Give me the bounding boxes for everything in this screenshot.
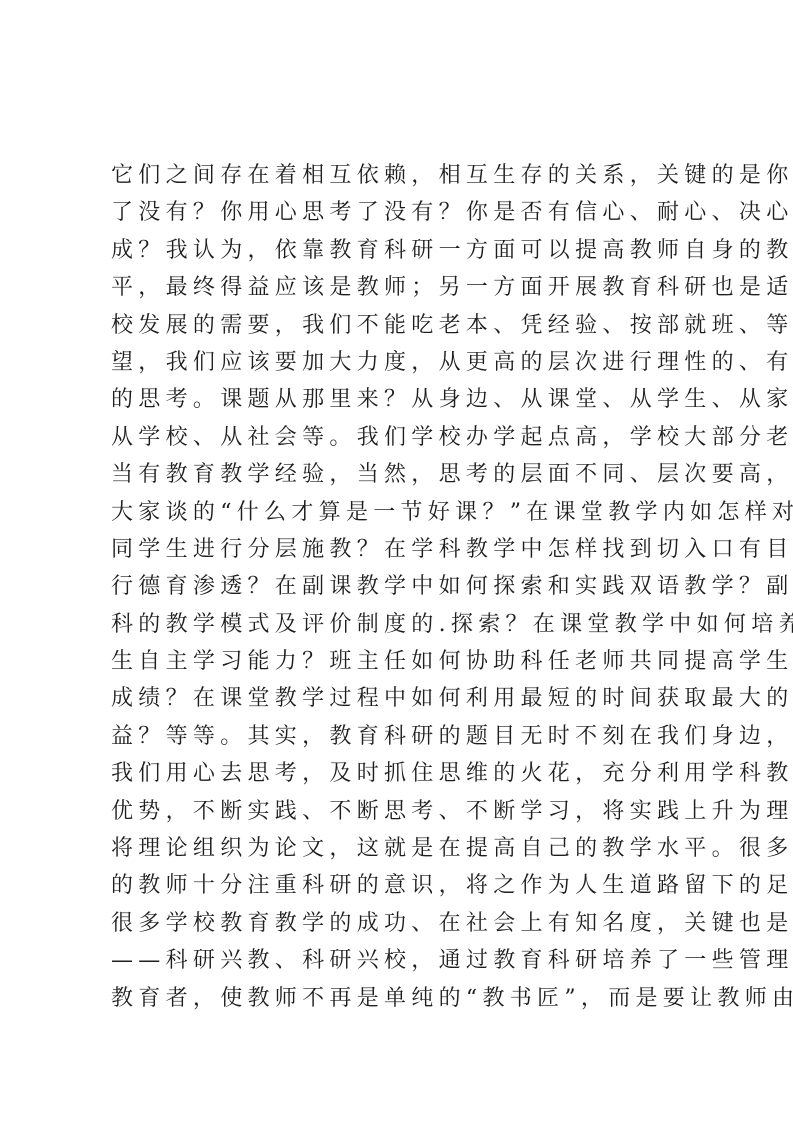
text-line: 校发展的需要，我们不能吃老本、凭经验、按部就班、等待观 [111,307,701,344]
text-line: 成？我认为，依靠教育科研一方面可以提高教师自身的教学水 [111,232,701,269]
text-line: 平，最终得益应该是教师；另一方面开展教育科研也是适合学 [111,269,701,306]
text-line: 同学生进行分层施教？在学科教学中怎样找到切入口有目的进 [111,531,701,568]
text-line: 优势，不断实践、不断思考、不断学习，将实践上升为理论， [111,793,701,830]
text-line: 望，我们应该要加大力度，从更高的层次进行理性的、有智慧 [111,344,701,381]
document-page: 它们之间存在着相互依赖，相互生存的关系，关键的是你发现 了没有？你用心思考了没有… [0,0,793,1122]
text-line: 大家谈的“什么才算是一节好课？”在课堂教学内如怎样对不 [111,494,701,531]
text-line: 的教师十分注重科研的意识，将之作为人生道路留下的足迹。 [111,867,701,904]
text-line: 的思考。课题从那里来？从身边、从课堂、从学生、从家长、 [111,381,701,418]
text-line: 益？等等。其实，教育科研的题目无时不刻在我们身边，只要 [111,718,701,755]
text-line: 科的教学模式及评价制度的.探索？在课堂教学中如何培养学 [111,606,701,643]
text-line: 很多学校教育教学的成功、在社会上有知名度，关键也是在于 [111,905,701,942]
text-line: 行德育渗透？在副课教学中如何探索和实践双语教学？副课学 [111,568,701,605]
text-line: 它们之间存在着相互依赖，相互生存的关系，关键的是你发现 [111,157,701,194]
text-line: 生自主学习能力？班主任如何协助科任老师共同提高学生学习 [111,643,701,680]
text-line: 我们用心去思考，及时抓住思维的火花，充分利用学科教学的 [111,755,701,792]
text-line: 成绩？在课堂教学过程中如何利用最短的时间获取最大的效 [111,680,701,717]
text-line: 将理论组织为论文，这就是在提高自己的教学水平。很多成功 [111,830,701,867]
body-paragraph: 它们之间存在着相互依赖，相互生存的关系，关键的是你发现 了没有？你用心思考了没有… [111,157,701,1017]
text-line: 了没有？你用心思考了没有？你是否有信心、耐心、决心去完 [111,194,701,231]
text-line: 当有教育教学经验，当然，思考的层面不同、层次要高，比如： [111,456,701,493]
text-line: 教育者，使教师不再是单纯的“教书匠”，而是要让教师由勤奋 [111,980,701,1017]
text-line: ——科研兴教、科研兴校，通过教育科研培养了一些管理者和 [111,942,701,979]
text-line: 从学校、从社会等。我们学校办学起点高，学校大部分老师相 [111,419,701,456]
